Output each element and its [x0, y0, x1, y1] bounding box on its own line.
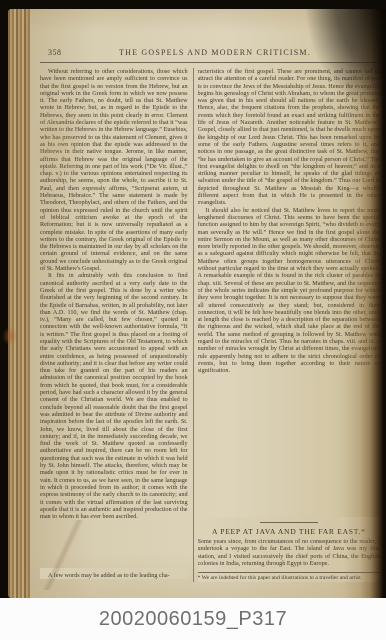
paragraph: It should also be noticed that St. Matth… — [198, 207, 380, 375]
page-number: 358 — [48, 48, 62, 57]
archive-label: 20020060159_P317 — [99, 608, 287, 631]
paper-discoloration — [30, 100, 90, 190]
column-divider-rule — [193, 68, 194, 582]
paragraph: It fits in admirably with this conclusio… — [40, 272, 188, 520]
footnote-rule — [198, 572, 380, 573]
paper-crease — [18, 520, 108, 590]
article-divider-rule — [260, 522, 318, 523]
page-header: 358 THE GOSPELS AND MODERN CRITICISM. — [40, 48, 380, 59]
scanned-book-page: 358 THE GOSPELS AND MODERN CRITICISM. Wi… — [0, 0, 386, 640]
footnote: * We are indebted for this paper and ill… — [198, 575, 380, 582]
paragraph: Some years since, from circumstances of … — [198, 538, 380, 567]
article-heading: A PEEP AT JAVA AND THE FAR EAST.* — [198, 528, 380, 535]
top-scan-border — [0, 0, 386, 9]
text-columns: Without referring to other consideration… — [40, 68, 380, 582]
digitisation-label-strip: 20020060159_P317 — [0, 598, 386, 640]
book-page-edges — [8, 9, 30, 598]
next-article-block: A PEEP AT JAVA AND THE FAR EAST.* Some y… — [198, 517, 380, 582]
header-rule — [40, 62, 380, 63]
paper-page: 358 THE GOSPELS AND MODERN CRITICISM. Wi… — [30, 8, 386, 598]
right-column: racteristics of the first gospel. These … — [198, 68, 380, 582]
paragraph: racteristics of the first gospel. These … — [198, 68, 380, 207]
foxing-stain — [2, 326, 18, 346]
running-title: THE GOSPELS AND MODERN CRITICISM. — [40, 48, 380, 57]
